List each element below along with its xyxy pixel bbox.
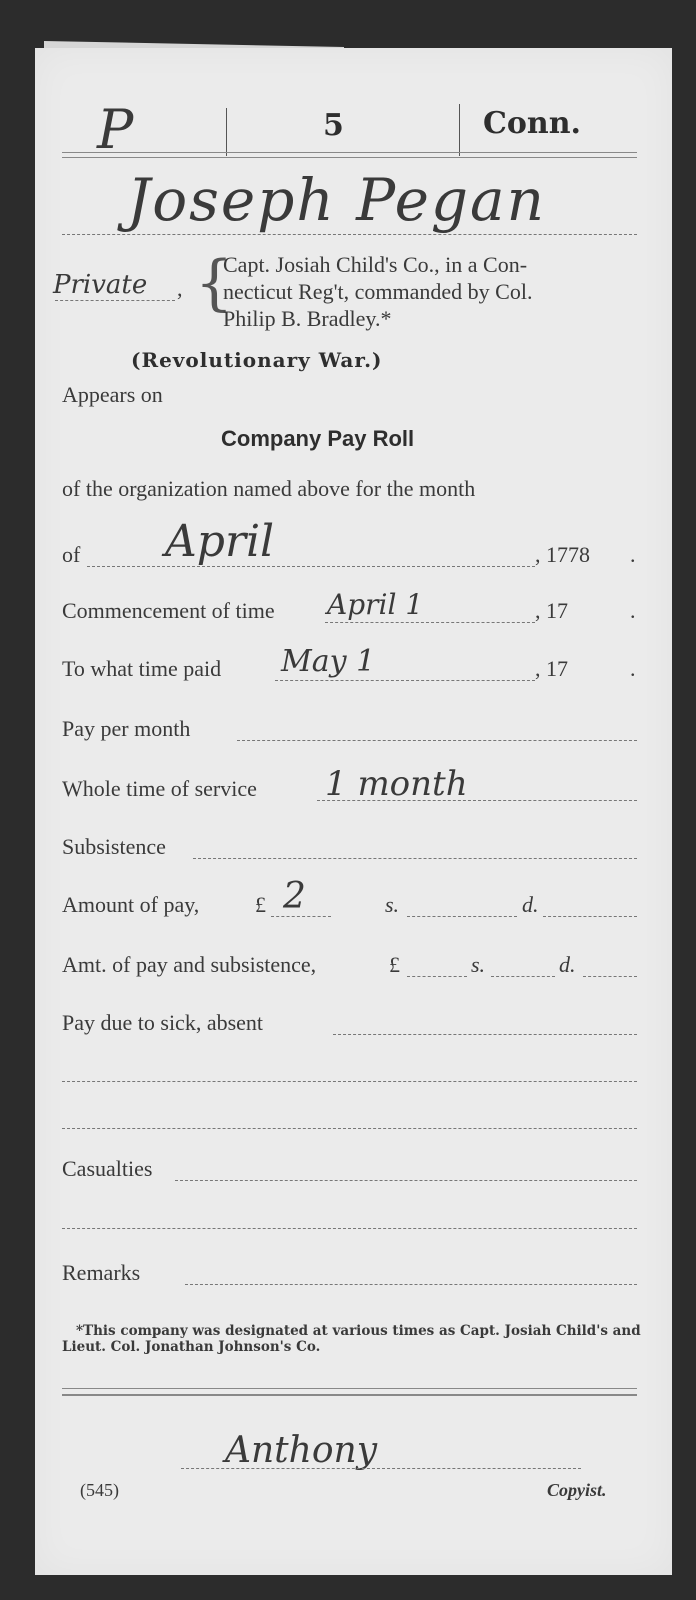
pound-sign: £ [389,952,400,978]
soldier-rank: Private [53,270,147,300]
soldier-name: Joseph Pegan [127,166,546,234]
footer-rule [62,1388,637,1389]
copyist-signature: Anthony [225,1430,377,1471]
subsistence-label: Subsistence [62,834,166,860]
pounds-value: 2 [283,876,306,917]
paid-to-suffix: . [630,656,636,682]
paid-to-value: May 1 [281,644,375,679]
commencement-value: April 1 [327,588,423,621]
shillings-label: s. [471,952,485,978]
pounds-line [407,976,467,977]
month-year: , 1778 [535,542,590,568]
casualties-line [175,1180,637,1181]
organization-line: of the organization named above for the … [62,476,475,502]
name-line [62,234,637,235]
unit-line-3: Philip B. Bradley.* [223,306,391,332]
commencement-year: , 17 [535,598,568,624]
copyist-label: Copyist. [547,1480,607,1501]
appears-on: Appears on [62,382,163,408]
pence-label: d. [522,892,539,918]
header-divider [226,108,227,156]
header-rule [62,157,637,158]
commencement-label: Commencement of time [62,598,275,624]
signature-line [181,1468,581,1469]
subsistence-line [193,858,637,859]
month-suffix: . [630,542,636,568]
blank-line [62,1128,637,1129]
shillings-line [407,916,517,917]
header-state: Conn. [483,106,581,141]
month-value: April [165,516,274,567]
amount-of-pay-label: Amount of pay, [62,892,199,918]
pound-sign: £ [255,892,266,918]
pay-per-month-label: Pay per month [62,716,190,742]
remarks-label: Remarks [62,1260,140,1286]
header-divider [459,104,460,156]
header-rule [62,152,637,153]
rank-comma: , [177,276,183,302]
paid-to-line [275,680,535,681]
blank-line [62,1081,637,1082]
war-heading: (Revolutionary War.) [131,348,383,372]
rank-line [55,300,175,301]
blank-line [62,1228,637,1229]
whole-time-value: 1 month [325,764,468,804]
paid-to-label: To what time paid [62,656,221,682]
unit-line-1: Capt. Josiah Child's Co., in a Con- [223,252,527,278]
pay-due-sick-line [333,1034,637,1035]
shillings-label: s. [385,892,399,918]
pence-label: d. [559,952,576,978]
roll-title: Company Pay Roll [221,426,414,452]
remarks-line [185,1284,637,1285]
month-label: of [62,542,80,568]
commencement-suffix: . [630,598,636,624]
commencement-line [325,622,535,623]
casualties-label: Casualties [62,1156,152,1182]
pay-roll-card: P 5 Conn. Joseph Pegan Private , { Capt.… [35,48,672,1575]
unit-line-2: necticut Reg't, commanded by Col. [223,279,532,305]
footnote: *This company was designated at various … [62,1323,642,1355]
footer-rule [62,1394,637,1396]
month-line [87,566,535,567]
pay-due-sick-label: Pay due to sick, absent [62,1010,263,1036]
shillings-line [491,976,555,977]
pence-line [543,916,637,917]
whole-time-label: Whole time of service [62,776,257,802]
paid-to-year: , 17 [535,656,568,682]
pence-line [583,976,637,977]
pay-per-month-line [237,740,637,741]
amt-pay-subsistence-label: Amt. of pay and subsistence, [62,952,316,978]
form-number: (545) [80,1480,119,1501]
header-number: 5 [323,108,344,143]
